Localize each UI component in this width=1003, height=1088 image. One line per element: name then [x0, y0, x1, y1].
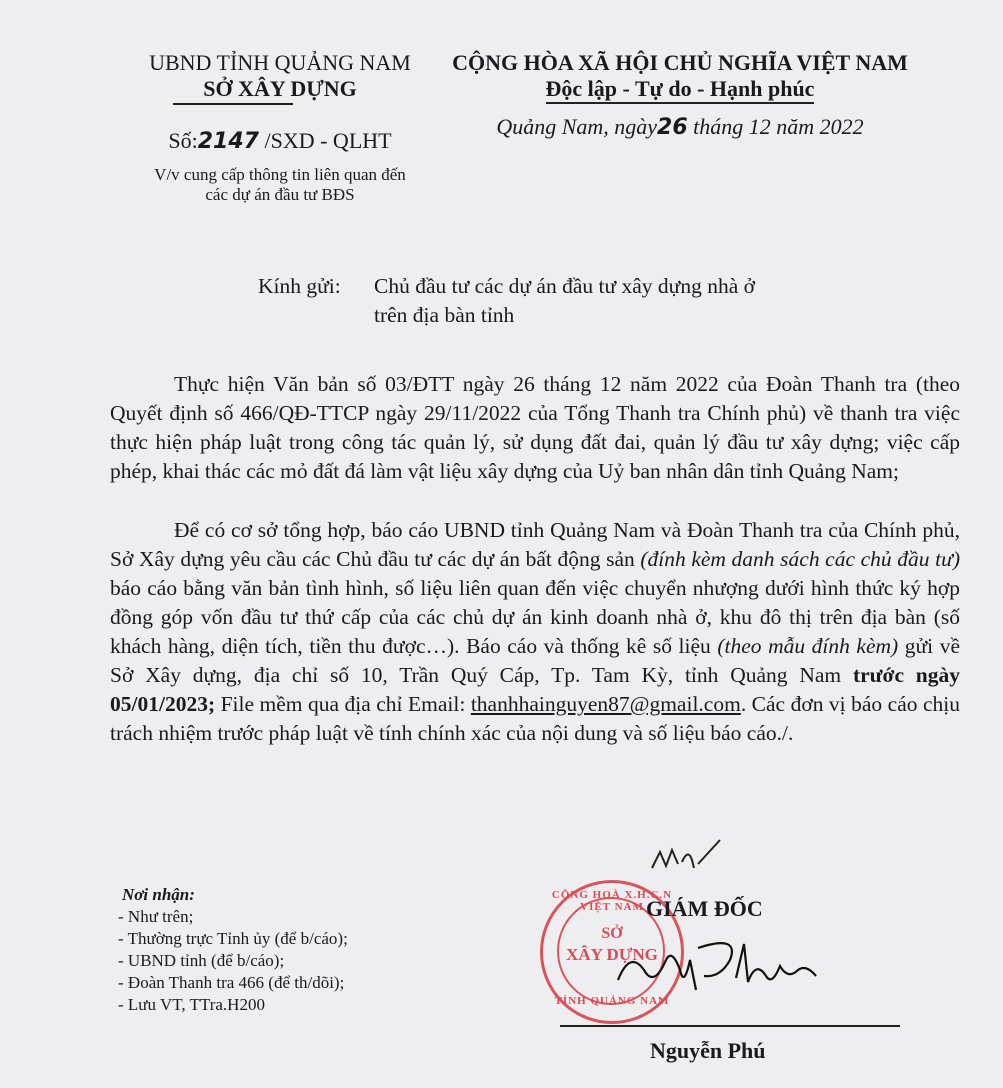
- initials-scribble: [648, 838, 728, 878]
- handwritten-day: 26: [657, 115, 688, 140]
- signature-line: [560, 1025, 900, 1027]
- department-underline: [173, 103, 293, 105]
- subject-line-1: V/v cung cấp thông tin liên quan đến: [100, 165, 460, 185]
- recipient-item: - Như trên;: [118, 906, 193, 927]
- addressee-line-1: Chủ đầu tư các dự án đầu tư xây dựng nhà…: [374, 272, 755, 301]
- recipient-item: - Thường trực Tỉnh ủy (để b/cáo);: [118, 928, 348, 949]
- email-link[interactable]: thanhhainguyen87@gmail.com: [471, 692, 741, 716]
- authority-name: UBND TỈNH QUẢNG NAM: [100, 50, 460, 76]
- recipient-item: - Lưu VT, TTra.H200: [118, 994, 265, 1015]
- subject-line-2: các dự án đầu tư BĐS: [100, 185, 460, 205]
- addressee-label: Kính gửi:: [258, 272, 341, 301]
- signer-name: Nguyễn Phú: [650, 1038, 766, 1064]
- document-number: Số:2147 /SXD - QLHT: [100, 128, 460, 154]
- body-paragraph-2: Để có cơ sở tổng hợp, báo cáo UBND tỉnh …: [110, 516, 960, 748]
- body-paragraph-1: Thực hiện Văn bản số 03/ĐTT ngày 26 thán…: [110, 370, 960, 486]
- signer-title: GIÁM ĐỐC: [646, 896, 763, 922]
- national-motto: Độc lập - Tự do - Hạnh phúc: [440, 76, 920, 102]
- recipients-title: Nơi nhận:: [122, 884, 195, 905]
- addressee-line-2: trên địa bàn tỉnh: [374, 301, 514, 330]
- country-name: CỘNG HÒA XÃ HỘI CHỦ NGHĨA VIỆT NAM: [440, 50, 920, 76]
- handwritten-signature: [610, 930, 850, 1010]
- recipient-item: - UBND tỉnh (để b/cáo);: [118, 950, 284, 971]
- document-page: UBND TỈNH QUẢNG NAM SỞ XÂY DỰNG Số:2147 …: [0, 0, 1003, 1088]
- place-date: Quảng Nam, ngày26 tháng 12 năm 2022: [440, 114, 920, 140]
- recipient-item: - Đoàn Thanh tra 466 (để th/dõi);: [118, 972, 344, 993]
- handwritten-number: 2147: [198, 129, 259, 154]
